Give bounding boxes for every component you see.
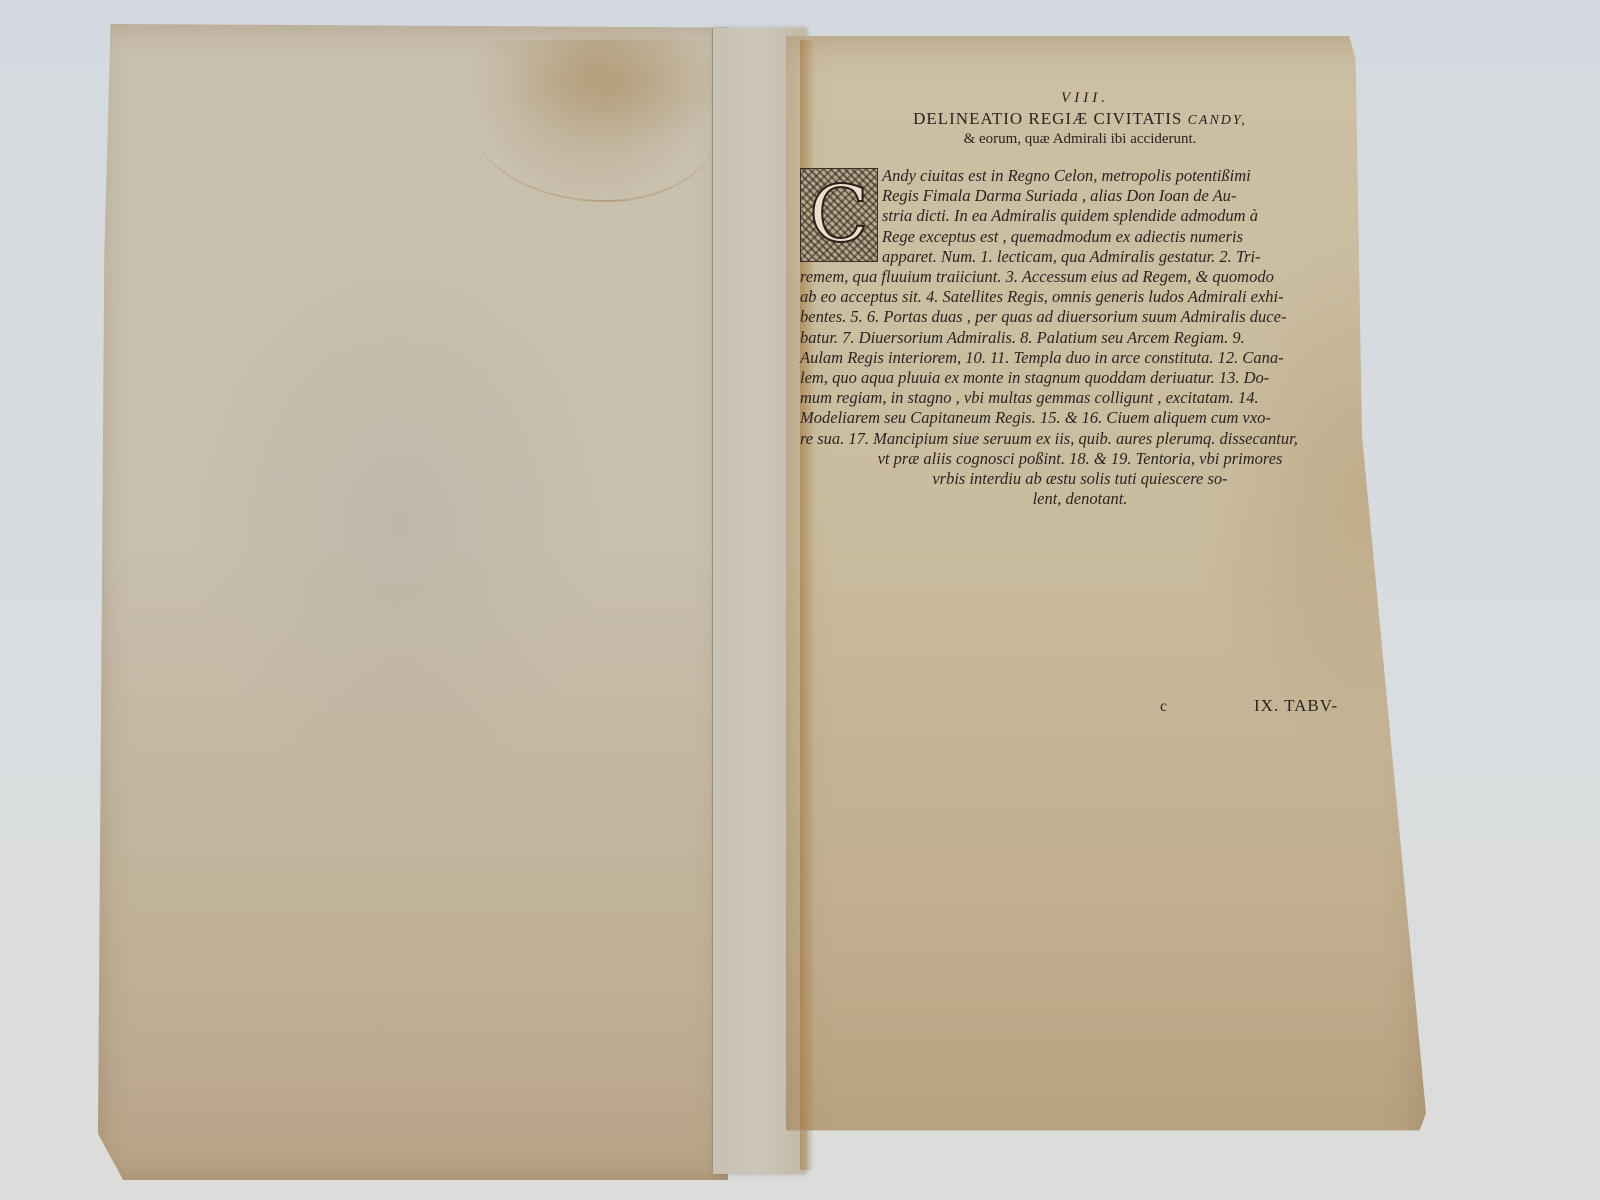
text-line: vt præ aliis cognosci poßint. 18. & 19. …	[800, 449, 1360, 469]
text-line: re sua. 17. Mancipium siue seruum ex iis…	[800, 429, 1360, 449]
text-line: ab eo acceptus sit. 4. Satellites Regis,…	[800, 287, 1360, 307]
page-title: DELINEATIO REGIÆ CIVITATIS CANDY,	[800, 109, 1360, 129]
signature-mark: c	[1160, 698, 1167, 716]
page-subtitle: & eorum, quæ Admirali ibi acciderunt.	[800, 131, 1360, 148]
text-line: lent, denotant.	[800, 489, 1360, 509]
printed-text-block: VIII. DELINEATIO REGIÆ CIVITATIS CANDY, …	[800, 90, 1360, 509]
body-text: C Andy ciuitas est in Regno Celon, metro…	[800, 166, 1360, 509]
text-line: mum regiam, in stagno , vbi multas gemma…	[800, 388, 1360, 408]
text-line: vrbis interdiu ab æstu solis tuti quiesc…	[800, 469, 1360, 489]
text-line: Modeliarem seu Capitaneum Regis. 15. & 1…	[800, 408, 1360, 428]
text-line: Andy ciuitas est in Regno Celon, metropo…	[800, 166, 1360, 186]
catchword: IX. TABV-	[1254, 696, 1338, 716]
text-line: stria dicti. In ea Admiralis quidem sple…	[800, 206, 1360, 226]
text-line: bentes. 5. 6. Portas duas , per quas ad …	[800, 307, 1360, 327]
text-line: apparet. Num. 1. lecticam, qua Admiralis…	[800, 247, 1360, 267]
title-italic: CANDY,	[1188, 113, 1247, 128]
text-line: Aulam Regis interiorem, 10. 11. Templa d…	[800, 348, 1360, 368]
text-line: Regis Fimala Darma Suriada , alias Don I…	[800, 186, 1360, 206]
text-line: lem, quo aqua pluuia ex monte in stagnum…	[800, 368, 1360, 388]
drop-cap-letter: C	[809, 176, 869, 254]
text-line: remem, qua fluuium traiiciunt. 3. Access…	[800, 267, 1360, 287]
plate-number: VIII.	[810, 90, 1360, 107]
decorated-initial: C	[800, 168, 878, 262]
text-line: batur. 7. Diuersorium Admiralis. 8. Pala…	[800, 328, 1360, 348]
text-line: Rege exceptus est , quemadmodum ex adiec…	[800, 227, 1360, 247]
title-roman: DELINEATIO REGIÆ CIVITATIS	[913, 109, 1187, 128]
